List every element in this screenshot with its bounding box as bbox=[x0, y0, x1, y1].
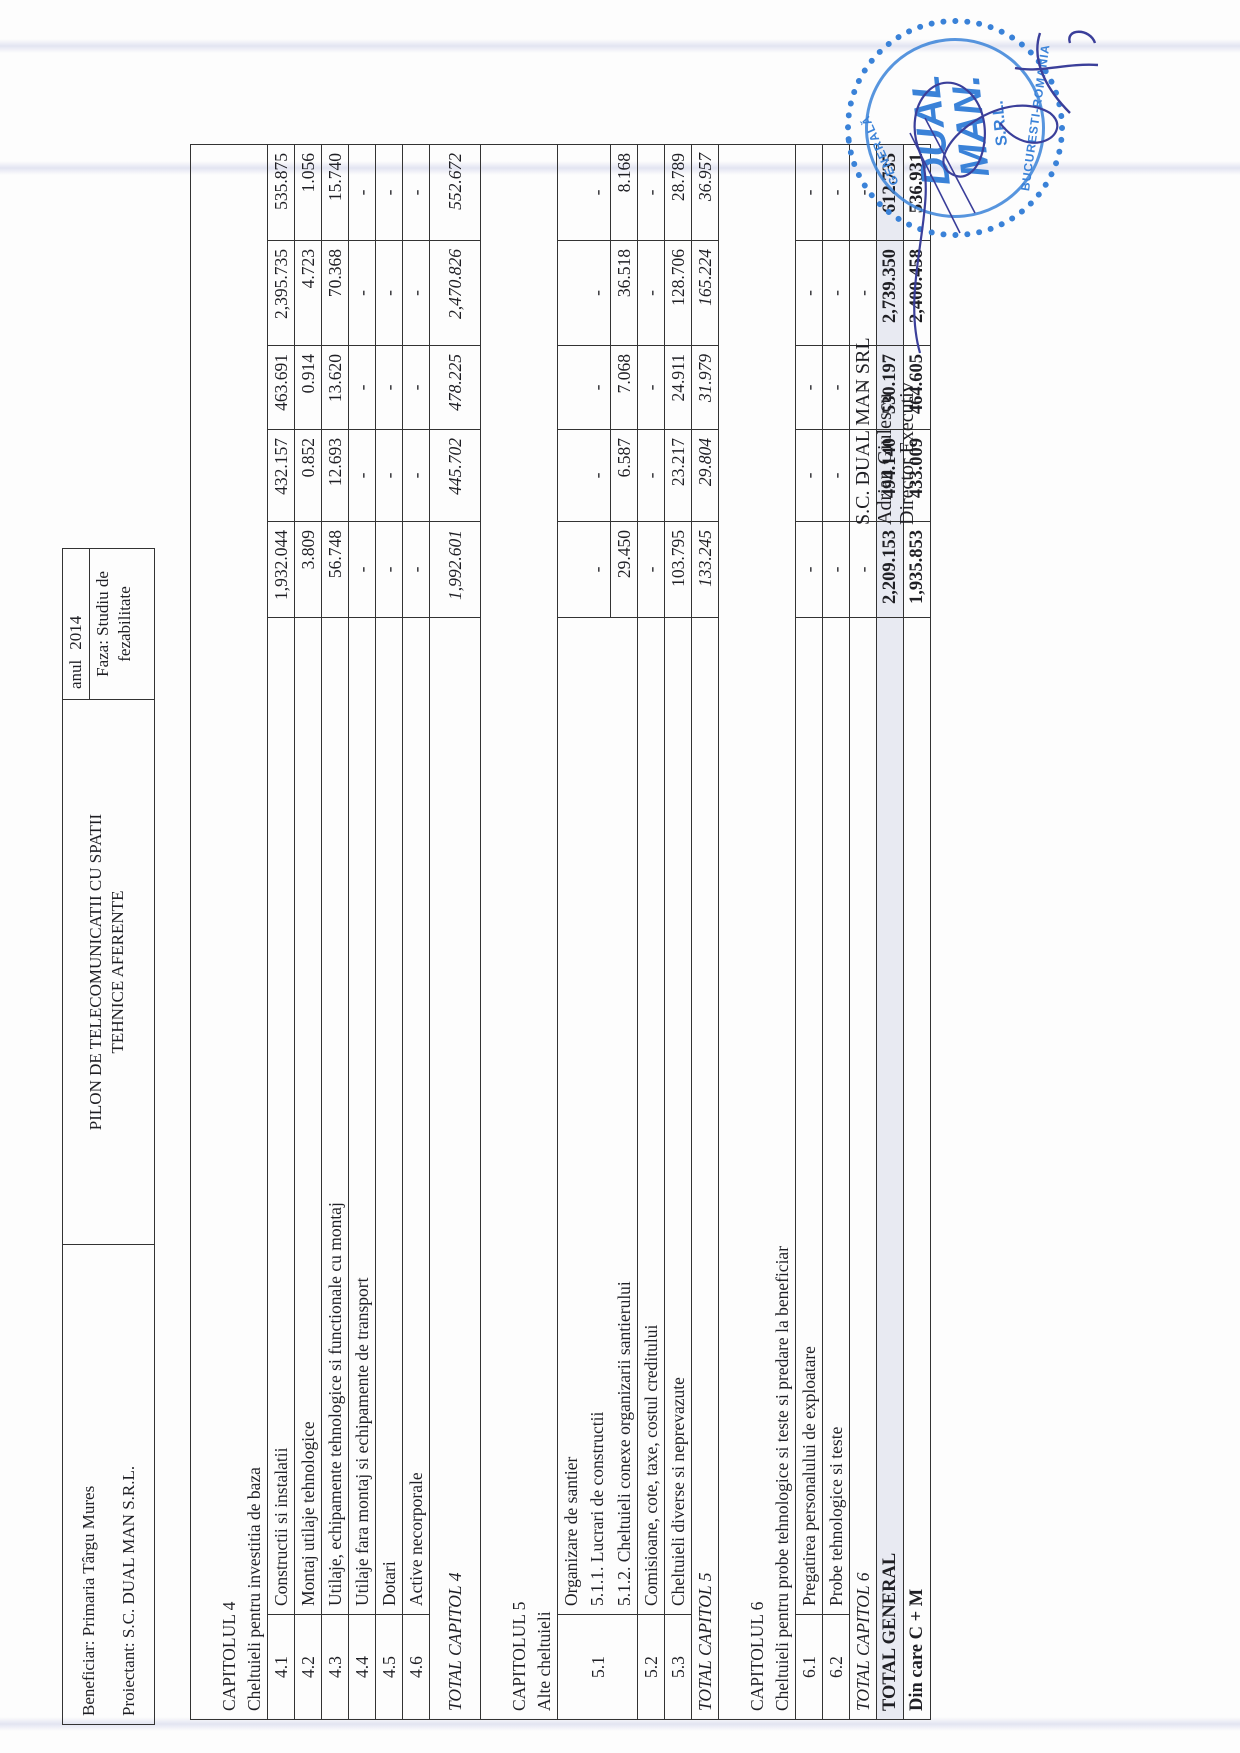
item-code: 4.2 bbox=[295, 1615, 322, 1720]
value-cell: 2,209.153 bbox=[877, 522, 904, 618]
item-code: 4.1 bbox=[268, 1615, 295, 1720]
value-cell: 165.224 bbox=[692, 241, 719, 346]
table-row: 5.2Comisioane, cote, taxe, costul credit… bbox=[638, 144, 665, 1719]
item-code: 5.1 bbox=[558, 1615, 638, 1720]
item-description: Utilaje fara montaj si echipamente de tr… bbox=[349, 618, 376, 1615]
item-description: Pregatirea personalului de exploatare bbox=[796, 618, 823, 1615]
value-cell: - bbox=[584, 346, 611, 430]
chapter-title: CAPITOLUL 5 bbox=[481, 144, 532, 1719]
item-code: 4.6 bbox=[403, 1615, 430, 1720]
item-description: Comisioane, cote, taxe, costul creditulu… bbox=[638, 618, 665, 1615]
chapter-total-row: TOTAL CAPITOL 5133.24529.80431.979165.22… bbox=[692, 144, 719, 1719]
value-cell: 2,395.735 bbox=[268, 241, 295, 346]
value-cell: - bbox=[584, 241, 611, 346]
value-cell: 1,932.044 bbox=[268, 522, 295, 618]
value-cell: - bbox=[796, 430, 823, 522]
item-description: Probe tehnologice si teste bbox=[823, 618, 850, 1615]
chapter-subtitle: Cheltuieli pentru investitia de baza bbox=[241, 144, 268, 1719]
value-cell: - bbox=[376, 241, 403, 346]
value-cell: - bbox=[349, 346, 376, 430]
item-code: 4.3 bbox=[322, 1615, 349, 1720]
value-cell: - bbox=[403, 430, 430, 522]
item-description: Utilaje, echipamente tehnologice si func… bbox=[322, 618, 349, 1615]
project-title-line2: TEHNICE AFERENTE bbox=[107, 700, 129, 1244]
project-title-line1: PILON DE TELECOMUNICATII CU SPATII bbox=[85, 700, 107, 1244]
value-cell: 36.518 bbox=[611, 241, 638, 346]
table-row: 4.3Utilaje, echipamente tehnologice si f… bbox=[322, 144, 349, 1719]
value-cell: 24.911 bbox=[665, 346, 692, 430]
value-cell: - bbox=[796, 144, 823, 240]
table-row: 5.1.1. Lucrari de constructii----- bbox=[584, 144, 611, 1719]
value-cell: 1,935.853 bbox=[904, 522, 931, 618]
value-cell: 4.723 bbox=[295, 241, 322, 346]
item-code: 5.3 bbox=[665, 1615, 692, 1720]
item-description: Montaj utilaje tehnologice bbox=[295, 618, 322, 1615]
value-cell: 535.875 bbox=[268, 144, 295, 240]
item-description: Active necorporale bbox=[403, 618, 430, 1615]
value-cell: - bbox=[638, 241, 665, 346]
table-row: 4.5Dotari----- bbox=[376, 144, 403, 1719]
chapter-title-text: CAPITOLUL 6 bbox=[747, 1602, 767, 1711]
value-cell: 70.368 bbox=[322, 241, 349, 346]
value-cell: 15.740 bbox=[322, 144, 349, 240]
chapter-title-row: CAPITOLUL 5 bbox=[481, 144, 532, 1719]
table-row: 6.2Probe tehnologice si teste----- bbox=[823, 144, 850, 1719]
value-cell: 12.693 bbox=[322, 430, 349, 522]
value-cell: - bbox=[823, 241, 850, 346]
item-code: 4.5 bbox=[376, 1615, 403, 1720]
document-page: Beneficiar: Primaria Târgu Mures Proiect… bbox=[0, 0, 1240, 1753]
value-cell: 8.168 bbox=[611, 144, 638, 240]
value-cell: 23.217 bbox=[665, 430, 692, 522]
value-cell: - bbox=[796, 241, 823, 346]
year-phase-cell: anul2014 Faza: Studiu de fezabilitate bbox=[63, 549, 154, 699]
construction-total-label: Din care C + M bbox=[904, 618, 931, 1720]
chapter-subtitle: Alte cheltuieli bbox=[531, 144, 558, 1719]
handwritten-initials bbox=[1010, 13, 1100, 123]
item-code: 6.1 bbox=[796, 1615, 823, 1720]
value-cell: 0.914 bbox=[295, 346, 322, 430]
chapter-title: CAPITOLUL 6 bbox=[719, 144, 770, 1719]
value-cell: 6.587 bbox=[611, 430, 638, 522]
value-cell: 552.672 bbox=[430, 144, 481, 240]
project-title-cell: PILON DE TELECOMUNICATII CU SPATII TEHNI… bbox=[63, 699, 154, 1244]
value-cell: 2,470.826 bbox=[430, 241, 481, 346]
chapter-title: CAPITOLUL 4 bbox=[191, 144, 242, 1719]
value-cell: 36.957 bbox=[692, 144, 719, 240]
value-cell: - bbox=[638, 346, 665, 430]
value-cell bbox=[558, 522, 585, 618]
chapter-subtitle-row: Cheltuieli pentru investitia de baza bbox=[241, 144, 268, 1719]
value-cell: - bbox=[638, 522, 665, 618]
table-row: 5.3Cheltuieli diverse si neprevazute103.… bbox=[665, 144, 692, 1719]
value-cell: 103.795 bbox=[665, 522, 692, 618]
value-cell: 2,400.458 bbox=[904, 241, 931, 346]
value-cell bbox=[558, 346, 585, 430]
cost-table: CAPITOLUL 4Cheltuieli pentru investitia … bbox=[190, 144, 931, 1720]
value-cell: 128.706 bbox=[665, 241, 692, 346]
value-cell: 29.804 bbox=[692, 430, 719, 522]
total-general-label: TOTAL GENERAL bbox=[877, 618, 904, 1720]
value-cell: - bbox=[376, 346, 403, 430]
value-cell: - bbox=[638, 430, 665, 522]
value-cell: 1.056 bbox=[295, 144, 322, 240]
value-cell: - bbox=[823, 346, 850, 430]
signature-role: Director Executiv bbox=[896, 337, 918, 525]
value-cell: - bbox=[796, 522, 823, 618]
table-row: 5.1.2. Cheltuieli conexe organizarii san… bbox=[611, 144, 638, 1719]
year-label: anul bbox=[66, 660, 85, 689]
chapter-total-label: TOTAL CAPITOL 5 bbox=[692, 618, 719, 1720]
document-header: Beneficiar: Primaria Târgu Mures Proiect… bbox=[62, 548, 155, 1725]
value-cell: 445.702 bbox=[430, 430, 481, 522]
chapter-total-label: TOTAL CAPITOL 4 bbox=[430, 618, 481, 1720]
signature-name: Adrian Giulescu bbox=[874, 337, 896, 525]
chapter-subtitle-row: Alte cheltuieli bbox=[531, 144, 558, 1719]
value-cell: - bbox=[584, 430, 611, 522]
value-cell: 133.245 bbox=[692, 522, 719, 618]
value-cell bbox=[558, 241, 585, 346]
beneficiar: Beneficiar: Primaria Târgu Mures bbox=[69, 1253, 109, 1716]
chapter-subtitle: Cheltuieli pentru probe tehnologice si t… bbox=[769, 144, 796, 1719]
value-cell: - bbox=[850, 522, 877, 618]
item-description: Organizare de santier bbox=[558, 618, 585, 1615]
item-description: 5.1.2. Cheltuieli conexe organizarii san… bbox=[611, 618, 638, 1615]
value-cell: 1,992.601 bbox=[430, 522, 481, 618]
value-cell: 7.068 bbox=[611, 346, 638, 430]
value-cell: 432.157 bbox=[268, 430, 295, 522]
value-cell: - bbox=[823, 144, 850, 240]
value-cell bbox=[558, 144, 585, 240]
value-cell: - bbox=[584, 522, 611, 618]
value-cell: - bbox=[403, 144, 430, 240]
table-row: 4.2Montaj utilaje tehnologice3.8090.8520… bbox=[295, 144, 322, 1719]
table-row: 4.6Active necorporale----- bbox=[403, 144, 430, 1719]
phase-line2: fezabilitate bbox=[114, 549, 136, 699]
value-cell bbox=[558, 430, 585, 522]
signature-company: S.C. DUAL MAN SRL bbox=[852, 337, 874, 525]
value-cell: - bbox=[376, 144, 403, 240]
year-value: 2014 bbox=[66, 616, 85, 650]
chapter-title-row: CAPITOLUL 4 bbox=[191, 144, 242, 1719]
value-cell: - bbox=[638, 144, 665, 240]
value-cell: - bbox=[796, 346, 823, 430]
chapter-title-text: CAPITOLUL 5 bbox=[509, 1602, 529, 1711]
chapter-subtitle-row: Cheltuieli pentru probe tehnologice si t… bbox=[769, 144, 796, 1719]
table-row: 5.1Organizare de santier bbox=[558, 144, 585, 1719]
table-row: 6.1Pregatirea personalului de exploatare… bbox=[796, 144, 823, 1719]
value-cell: - bbox=[584, 144, 611, 240]
item-description: Constructii si instalatii bbox=[268, 618, 295, 1615]
value-cell: 28.789 bbox=[665, 144, 692, 240]
chapter-title-row: CAPITOLUL 6 bbox=[719, 144, 770, 1719]
item-description: Dotari bbox=[376, 618, 403, 1615]
chapter-title-text: CAPITOLUL 4 bbox=[219, 1602, 239, 1711]
item-description: 5.1.1. Lucrari de constructii bbox=[584, 618, 611, 1615]
value-cell: 31.979 bbox=[692, 346, 719, 430]
value-cell: - bbox=[349, 522, 376, 618]
value-cell: - bbox=[823, 430, 850, 522]
value-cell: - bbox=[403, 522, 430, 618]
value-cell: 478.225 bbox=[430, 346, 481, 430]
phase-line1: Faza: Studiu de bbox=[92, 549, 114, 699]
table-row: 4.4Utilaje fara montaj si echipamente de… bbox=[349, 144, 376, 1719]
item-code: 5.2 bbox=[638, 1615, 665, 1720]
value-cell: - bbox=[403, 241, 430, 346]
chapter-total-label: TOTAL CAPITOL 6 bbox=[850, 618, 877, 1720]
value-cell: 56.748 bbox=[322, 522, 349, 618]
parties-cell: Beneficiar: Primaria Târgu Mures Proiect… bbox=[63, 1244, 154, 1724]
value-cell: - bbox=[349, 144, 376, 240]
value-cell: 2,739.350 bbox=[877, 241, 904, 346]
value-cell: 29.450 bbox=[611, 522, 638, 618]
value-cell: 0.852 bbox=[295, 430, 322, 522]
table-row: 4.1Constructii si instalatii1,932.044432… bbox=[268, 144, 295, 1719]
value-cell: 463.691 bbox=[268, 346, 295, 430]
value-cell: - bbox=[349, 241, 376, 346]
value-cell: 13.620 bbox=[322, 346, 349, 430]
value-cell: - bbox=[823, 522, 850, 618]
proiectant: Proiectant: S.C. DUAL MAN S.R.L. bbox=[109, 1253, 149, 1716]
value-cell: - bbox=[376, 430, 403, 522]
signature-block: S.C. DUAL MAN SRL Adrian Giulescu Direct… bbox=[852, 337, 918, 525]
value-cell: - bbox=[850, 241, 877, 346]
item-code: 6.2 bbox=[823, 1615, 850, 1720]
item-code: 4.4 bbox=[349, 1615, 376, 1720]
value-cell: 3.809 bbox=[295, 522, 322, 618]
value-cell: - bbox=[376, 522, 403, 618]
value-cell: - bbox=[403, 346, 430, 430]
value-cell: - bbox=[349, 430, 376, 522]
chapter-total-row: TOTAL CAPITOL 41,992.601445.702478.2252,… bbox=[430, 144, 481, 1719]
item-description: Cheltuieli diverse si neprevazute bbox=[665, 618, 692, 1615]
